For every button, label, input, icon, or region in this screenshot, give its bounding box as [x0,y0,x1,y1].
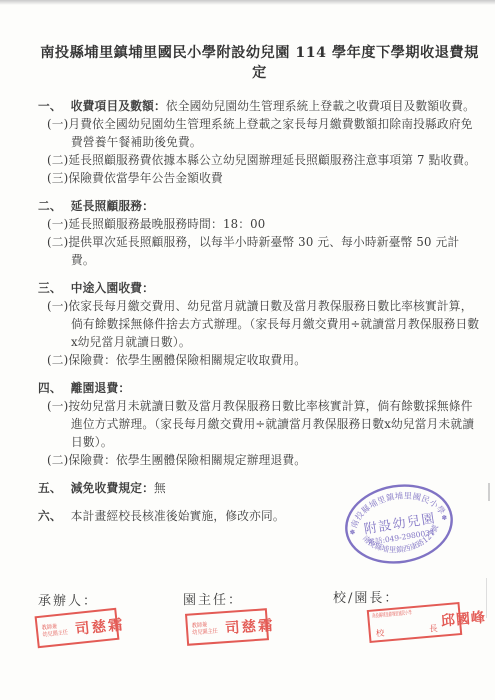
section-number: 三、 [38,281,62,295]
chop-role-line2: 幼兒園主任 [192,628,218,637]
section-mid-term-enrollment: 三、中途入園收費： (一)依家長每月繳交費用、幼兒當月就讀日數及當月教保服務日數… [38,279,481,369]
section-item: (一)按幼兒當月未就讀日數及當月教保服務日數比率核實計算，倘有餘數採無條件進位方… [47,397,481,451]
section-item: (二)提供單次延長照顧服務，以每半小時新臺幣 30 元、每小時新臺幣 50 元計… [47,233,481,269]
chop-role-left: 校 [375,629,384,639]
chop-name-text: 司慈霜 [74,613,125,639]
chop-org-line: 南投縣埔里鎮埔里國民小學 [372,610,412,620]
section-heading-title: 中途入園收費： [71,281,154,295]
organizer-name-chop: 教師兼 幼兒園主任 司慈霜 [35,608,120,648]
section-heading: 三、中途入園收費： [38,279,481,297]
document-body: 南投縣埔里鎮埔里國民小學附設幼兒園 114 學年度下學期收退費規定 一、收費項目… [38,42,481,525]
organizer-label: 承辦人： [38,590,98,609]
section-item: (一)月費依全國幼兒園幼生管理系統上登載之家長每月繳費數額扣除南投縣政府免費營養… [47,115,481,151]
section-item: (二)延長照顧服務費依據本縣公立幼兒園辦理延長照顧服務注意事項第 7 點收費。 [47,151,481,169]
chop-role-right: 長 [429,625,438,635]
chop-name-text: 邱國峰 [440,606,487,630]
kindergarten-seal-stamp: 南投縣埔里鎮埔里國民小學 南投縣埔里鎮西康路127號 附設幼兒園 電話:049-… [337,475,460,574]
section-number: 五、 [38,481,62,495]
director-name-chop: 教師兼 幼兒園主任 司慈霜 [185,608,269,646]
section-item: (二)保險費：依學生團體保險相關規定辦理退費。 [47,451,481,469]
section-heading-text: 依全國幼兒園幼生管理系統上登載之收費項目及數額收費。 [166,99,475,113]
section-heading: 四、離園退費： [38,379,481,397]
section-item: (二)保險費：依學生團體保險相關規定收取費用。 [47,351,481,369]
section-number: 一、 [38,99,62,113]
section-item: (一)依家長每月繳交費用、幼兒當月就讀日數及當月教保服務日數比率核實計算，倘有餘… [47,297,481,351]
scanned-document-page: 南投縣埔里鎮埔里國民小學附設幼兒園 114 學年度下學期收退費規定 一、收費項目… [0,0,495,700]
chop-role-line2: 幼兒園主任 [42,629,68,639]
document-title: 南投縣埔里鎮埔里國民小學附設幼兒園 114 學年度下學期收退費規定 [38,42,481,82]
section-withdrawal-refund: 四、離園退費： (一)按幼兒當月未就讀日數及當月教保服務日數比率核實計算，倘有餘… [38,379,481,469]
chop-role-text: 南投縣埔里鎮埔里國民小學 校 長 [372,607,440,639]
section-number: 四、 [38,381,62,395]
section-heading: 二、延長照顧服務： [38,197,481,215]
section-number: 六、 [38,509,62,523]
section-extended-care: 二、延長照顧服務： (一)延長照顧服務最晚服務時間：18：00 (二)提供單次延… [38,197,481,269]
section-heading-text: 無 [154,481,166,495]
section-item: (一)延長照顧服務最晚服務時間：18：00 [47,215,481,233]
principal-name-chop: 南投縣埔里鎮埔里國民小學 校 長 邱國峰 [367,602,463,643]
scan-artifact-top-edge [0,0,495,5]
section-heading: 一、收費項目及數額：依全國幼兒園幼生管理系統上登載之收費項目及數額收費。 [38,97,481,115]
section-heading-title: 收費項目及數額： [71,99,166,113]
principal-label: 校/園長： [333,587,399,606]
section-heading-title: 延長照顧服務： [71,199,154,213]
section-heading-title: 離園退費： [71,381,130,395]
section-number: 二、 [38,199,62,213]
section-heading-title: 減免收費規定： [71,481,154,495]
seal-ornament-right-icon: ✽ [441,513,448,522]
chop-role-line: 校 長 [374,624,441,639]
chop-name-text: 司慈霜 [224,613,275,637]
scan-artifact-right-2 [486,578,487,618]
chop-role-text: 教師兼 幼兒園主任 [192,620,218,637]
seal-ornament-left-icon: ✽ [349,528,356,537]
section-fee-items: 一、收費項目及數額：依全國幼兒園幼生管理系統上登載之收費項目及數額收費。 (一)… [38,97,481,187]
section-item: (三)保險費依當學年公告金額收費 [47,169,481,187]
scan-artifact-right-1 [488,483,490,501]
director-label: 園主任： [183,589,243,608]
chop-role-text: 教師兼 幼兒園主任 [41,622,68,640]
section-heading-text: 本計畫經校長核准後始實施，修改亦同。 [71,509,285,523]
